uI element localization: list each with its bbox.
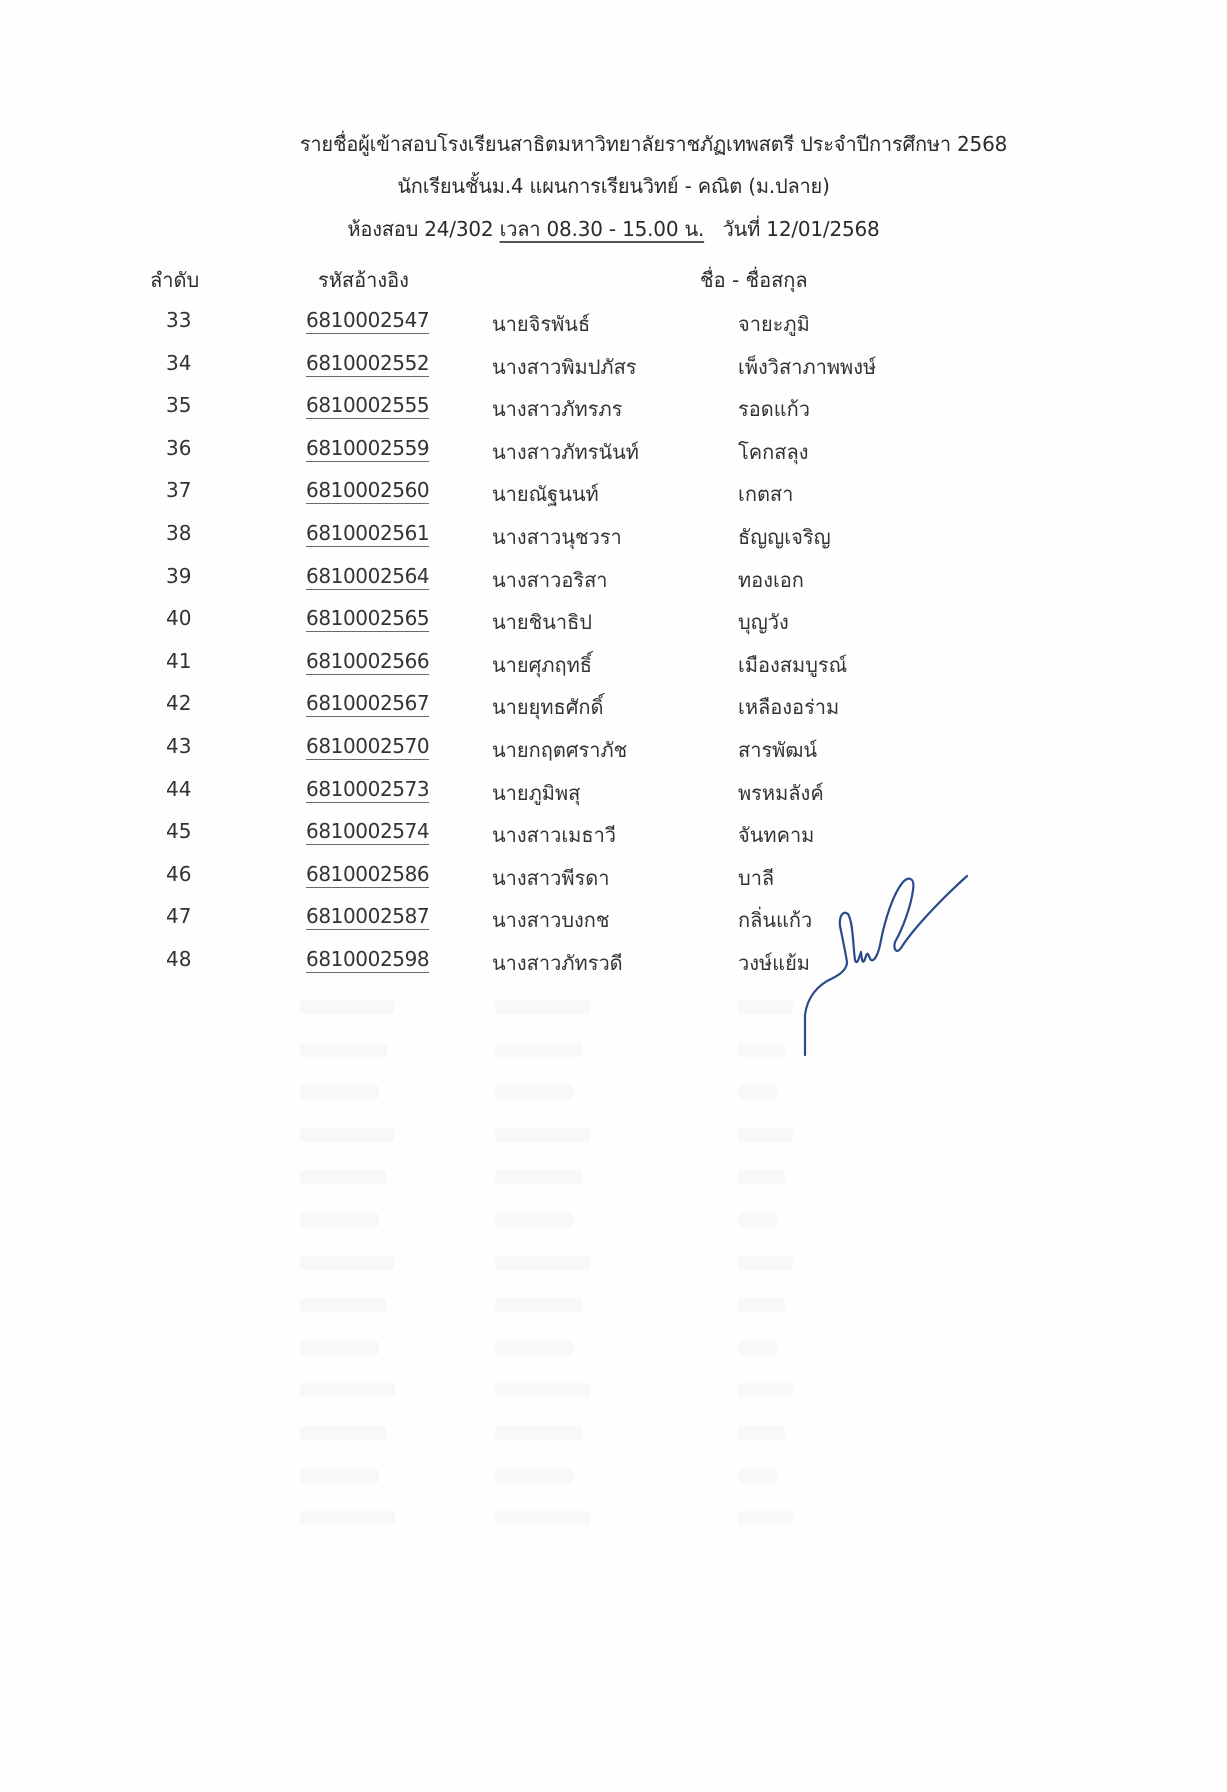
show-through-smudge [300,1426,387,1440]
reference-code: 6810002573 [306,777,429,803]
reference-code: 6810002586 [306,862,429,888]
first-name: นายณัฐนนท์ [492,478,599,510]
row-number: 47 [166,904,191,928]
show-through-smudge [495,1000,590,1014]
last-name: ธัญญเจริญ [738,521,831,553]
last-name: เพ็งวิสาภาพพงษ์ [738,351,876,383]
table-row: 426810002567นายยุทธศักดิ์เหลืองอร่าม [0,691,1227,731]
first-name: นายจิรพันธ์ [492,308,590,340]
show-through-smudge [300,1000,395,1014]
show-through-smudge [738,1256,793,1270]
reference-code: 6810002565 [306,606,429,632]
show-through-smudge [495,1469,574,1483]
show-through-smudge [738,1469,777,1483]
first-name: นางสาวภัทรนันท์ [492,436,639,468]
reference-code: 6810002570 [306,734,429,760]
show-through-smudge [495,1341,574,1355]
show-through-smudge [495,1256,590,1270]
first-name: นายศุภฤทธิ์ [492,649,592,681]
first-name: นายยุทธศักดิ์ [492,691,604,723]
row-number: 37 [166,478,191,502]
show-through-smudge [495,1511,590,1525]
column-header-no: ลำดับ [150,264,199,296]
show-through-smudge [300,1213,379,1227]
show-through-smudge [738,1170,785,1184]
show-through-smudge [495,1298,582,1312]
show-through-smudge [495,1170,582,1184]
table-row: 416810002566นายศุภฤทธิ์เมืองสมบูรณ์ [0,649,1227,689]
last-name: รอดแก้ว [738,393,810,425]
table-row: 346810002552นางสาวพิมปภัสรเพ็งวิสาภาพพงษ… [0,351,1227,391]
reference-code: 6810002555 [306,393,429,419]
table-row: 466810002586นางสาวพีรดาบาลี [0,862,1227,902]
column-header-code: รหัสอ้างอิง [318,264,409,296]
first-name: นางสาวเมธาวี [492,819,616,851]
last-name: สารพัฒน์ [738,734,817,766]
row-number: 38 [166,521,191,545]
reference-code: 6810002567 [306,691,429,717]
row-number: 39 [166,564,191,588]
table-row: 446810002573นายภูมิพสุพรหมลังค์ [0,777,1227,817]
show-through-smudge [300,1043,387,1057]
show-through-smudge [300,1383,395,1397]
row-number: 41 [166,649,191,673]
show-through-smudge [300,1298,387,1312]
column-header-name: ชื่อ - ชื่อสกุล [700,264,808,296]
table-row: 386810002561นางสาวนุชวราธัญญเจริญ [0,521,1227,561]
last-name: ทองเอก [738,564,804,596]
first-name: นางสาวพีรดา [492,862,609,894]
last-name: เกตสา [738,478,793,510]
last-name: เมืองสมบูรณ์ [738,649,847,681]
row-number: 35 [166,393,191,417]
reference-code: 6810002566 [306,649,429,675]
first-name: นางสาวภัทรภร [492,393,622,425]
row-number: 44 [166,777,191,801]
first-name: นางสาวภัทรวดี [492,947,623,979]
show-through-smudge [300,1085,379,1099]
row-number: 36 [166,436,191,460]
table-row: 436810002570นายกฤตศราภัชสารพัฒน์ [0,734,1227,774]
first-name: นางสาวพิมปภัสร [492,351,637,383]
show-through-smudge [738,1000,793,1014]
last-name: จายะภูมิ [738,308,810,340]
table-row: 336810002547นายจิรพันธ์จายะภูมิ [0,308,1227,348]
row-number: 45 [166,819,191,843]
row-number: 33 [166,308,191,332]
show-through-smudge [738,1213,777,1227]
reference-code: 6810002560 [306,478,429,504]
show-through-smudge [495,1085,574,1099]
table-row: 366810002559นางสาวภัทรนันท์โคกสลุง [0,436,1227,476]
table-row: 356810002555นางสาวภัทรภรรอดแก้ว [0,393,1227,433]
show-through-smudge [300,1256,395,1270]
show-through-smudge [300,1128,395,1142]
table-row: 456810002574นางสาวเมธาวีจันทคาม [0,819,1227,859]
table-row: 376810002560นายณัฐนนท์เกตสา [0,478,1227,518]
row-number: 43 [166,734,191,758]
show-through-smudge [300,1469,379,1483]
last-name: บาลี [738,862,774,894]
show-through-smudge [738,1298,785,1312]
row-number: 42 [166,691,191,715]
first-name: นายภูมิพสุ [492,777,580,809]
show-through-smudge [738,1511,793,1525]
show-through-smudge [300,1341,379,1355]
first-name: นายชินาธิป [492,606,592,638]
exam-info-line: ห้องสอบ 24/302 เวลา 08.30 - 15.00 น. วัน… [0,213,1227,245]
last-name: บุญวัง [738,606,789,638]
signature-icon [795,870,975,1065]
reference-code: 6810002598 [306,947,429,973]
show-through-smudge [738,1426,785,1440]
last-name: จันทคาม [738,819,814,851]
row-number: 34 [166,351,191,375]
show-through-smudge [738,1341,777,1355]
exam-date: วันที่ 12/01/2568 [723,217,880,241]
reference-code: 6810002547 [306,308,429,334]
row-number: 46 [166,862,191,886]
show-through-smudge [300,1170,387,1184]
reference-code: 6810002574 [306,819,429,845]
show-through-smudge [495,1213,574,1227]
exam-room: ห้องสอบ 24/302 [347,217,493,241]
document-title: รายชื่อผู้เข้าสอบโรงเรียนสาธิตมหาวิทยาลั… [40,128,1227,160]
row-number: 48 [166,947,191,971]
table-row: 406810002565นายชินาธิปบุญวัง [0,606,1227,646]
first-name: นายกฤตศราภัช [492,734,627,766]
last-name: พรหมลังค์ [738,777,824,809]
reference-code: 6810002561 [306,521,429,547]
table-row: 476810002587นางสาวบงกชกลิ่นแก้ว [0,904,1227,944]
reference-code: 6810002587 [306,904,429,930]
document-page: รายชื่อผู้เข้าสอบโรงเรียนสาธิตมหาวิทยาลั… [0,0,1227,1792]
show-through-smudge [738,1383,793,1397]
show-through-smudge [738,1043,785,1057]
show-through-smudge [738,1128,793,1142]
last-name: โคกสลุง [738,436,808,468]
first-name: นางสาวนุชวรา [492,521,622,553]
reference-code: 6810002564 [306,564,429,590]
reference-code: 6810002552 [306,351,429,377]
show-through-smudge [738,1085,777,1099]
exam-time: เวลา 08.30 - 15.00 น. [500,217,705,241]
show-through-smudge [495,1383,590,1397]
reference-code: 6810002559 [306,436,429,462]
show-through-smudge [495,1128,590,1142]
table-row: 396810002564นางสาวอริสาทองเอก [0,564,1227,604]
show-through-smudge [495,1043,582,1057]
row-number: 40 [166,606,191,630]
show-through-smudge [300,1511,395,1525]
show-through-smudge [495,1426,582,1440]
table-row: 486810002598นางสาวภัทรวดีวงษ์แย้ม [0,947,1227,987]
first-name: นางสาวบงกช [492,904,609,936]
first-name: นางสาวอริสา [492,564,608,596]
document-subtitle: นักเรียนชั้นม.4 แผนการเรียนวิทย์ - คณิต … [0,170,1227,202]
last-name: เหลืองอร่าม [738,691,839,723]
